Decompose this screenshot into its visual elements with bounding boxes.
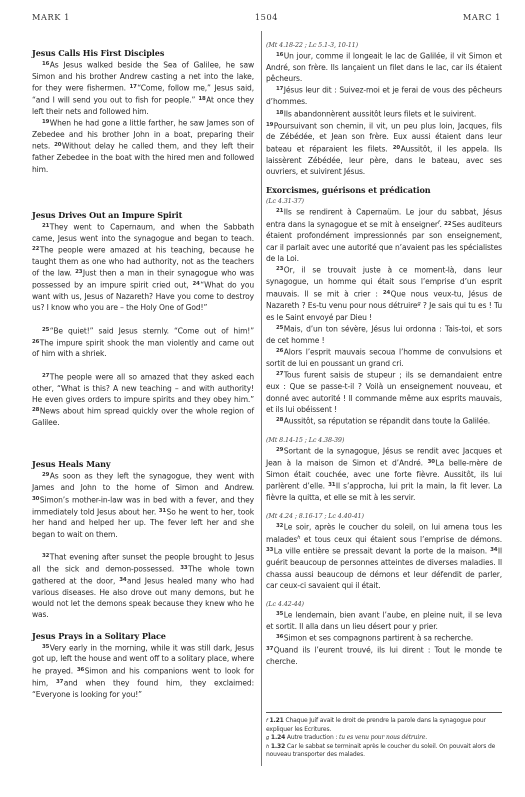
footnote-text: Autre traduction : xyxy=(287,734,339,741)
verse-paragraph: 36Simon et ses compagnons partirent à sa… xyxy=(266,632,502,644)
footnote-reference: 1.21 xyxy=(269,717,283,724)
verse-paragraph: 25“Be quiet!” said Jesus sternly. “Come … xyxy=(32,325,254,360)
verse-number: 36 xyxy=(276,634,283,640)
parallel-reference: (Mt 4.24 ; 8.16-17 ; Lc 4.40-41) xyxy=(266,511,502,521)
section: Jesus Prays in a Solitary Place35Very ea… xyxy=(32,630,254,700)
verse-number: 24 xyxy=(383,290,390,296)
parallel-reference: (Lc 4.42-44) xyxy=(266,599,502,609)
verse-number: 28 xyxy=(32,407,39,413)
verse-number: 32 xyxy=(276,523,283,529)
verse-paragraph: 32That evening after sunset the people b… xyxy=(32,551,254,621)
verse-text: The people were all so amazed that they … xyxy=(32,372,254,404)
verse-number: 19 xyxy=(42,119,49,125)
verse-paragraph: 16Un jour, comme il longeait le lac de G… xyxy=(266,50,502,84)
verse-number: 19 xyxy=(266,122,273,128)
verse-paragraph: 17Jésus leur dit : Suivez-moi et je fera… xyxy=(266,84,502,107)
verse-text: Alors l’esprit mauvais secoua l’homme de… xyxy=(266,348,502,368)
verse-text: Le lendemain, bien avant l’aube, en plei… xyxy=(266,611,502,631)
running-header: MARK 1 1504 MARC 1 xyxy=(32,12,501,26)
verse-text: The impure spirit shook the man violentl… xyxy=(32,338,254,358)
verse-text: Tous furent saisis de stupeur ; ils se d… xyxy=(266,371,502,414)
verse-number: 31 xyxy=(328,482,335,488)
verse-number: 27 xyxy=(42,373,49,379)
verse-text: They went to Capernaum, and when the Sab… xyxy=(32,223,254,243)
section: (Mt 4.24 ; 8.16-17 ; Lc 4.40-41)32Le soi… xyxy=(266,511,502,591)
footnote-rule xyxy=(266,712,502,713)
footnotes: f 1.21 Chaque Juif avait le droit de pre… xyxy=(266,717,504,760)
verse-number: 16 xyxy=(42,61,49,67)
verse-text: Mais, d’un ton sévère, Jésus lui ordonna… xyxy=(266,325,502,345)
verse-paragraph: 27Tous furent saisis de stupeur ; ils se… xyxy=(266,369,502,415)
footnote: h 1.32 Car le sabbat se terminait après … xyxy=(266,743,504,760)
verse-text: “Be quiet!” said Jesus sternly. “Come ou… xyxy=(50,326,254,335)
header-book-french: MARC 1 xyxy=(463,12,501,22)
footnote-reference: 1.32 xyxy=(271,743,285,750)
verse-paragraph: 35Le lendemain, bien avant l’aube, en pl… xyxy=(266,609,502,632)
verse-text: Un jour, comme il longeait le lac de Gal… xyxy=(266,52,502,84)
verse-text: et tous ceux qui étaient sous l’emprise … xyxy=(300,535,502,544)
french-column: (Mt 4.18-22 ; Lc 5.1-3, 10-11)16Un jour,… xyxy=(266,40,502,668)
verse-number: 23 xyxy=(276,266,283,272)
parallel-reference: (Lc 4.31-37) xyxy=(266,196,502,206)
section-heading: Jesus Calls His First Disciples xyxy=(32,47,254,59)
verse-text: As soon as they left the synagogue, they… xyxy=(32,472,254,492)
verse-number: 26 xyxy=(32,339,39,345)
footnote-italic-text: tu es venu pour nous détruire. xyxy=(339,734,427,741)
verse-number: 20 xyxy=(54,142,61,148)
section: (Mt 4.18-22 ; Lc 5.1-3, 10-11)16Un jour,… xyxy=(266,40,502,177)
verse-number: 32 xyxy=(42,553,49,559)
section-heading: Jesus Drives Out an Impure Spirit xyxy=(32,209,254,221)
footnote-mark: f xyxy=(266,718,268,724)
verse-number: 25 xyxy=(42,327,49,333)
verse-number: 25 xyxy=(276,325,283,331)
verse-number: 22 xyxy=(444,221,451,227)
verse-number: 34 xyxy=(490,547,497,553)
verse-number: 37 xyxy=(56,679,63,685)
footnote: g 1.24 Autre traduction : tu es venu pou… xyxy=(266,734,504,743)
verse-number: 30 xyxy=(32,496,39,502)
verse-number: 35 xyxy=(42,644,49,650)
verse-paragraph: 23Or, il se trouvait juste à ce moment-l… xyxy=(266,264,502,323)
verse-number: 33 xyxy=(180,565,187,571)
verse-paragraph: 37Quand ils l’eurent trouvé, ils lui dir… xyxy=(266,644,502,667)
verse-number: 33 xyxy=(266,547,273,553)
section: Jesus Calls His First Disciples16As Jesu… xyxy=(32,47,254,175)
verse-number: 36 xyxy=(77,667,84,673)
verse-paragraph: 29As soon as they left the synagogue, th… xyxy=(32,470,254,540)
section: (Mt 8.14-15 ; Lc 4.38-39)29Sortant de la… xyxy=(266,435,502,503)
verse-number: 16 xyxy=(276,52,283,58)
verse-number: 35 xyxy=(276,611,283,617)
verse-number: 18 xyxy=(276,110,283,116)
parallel-reference: (Mt 4.18-22 ; Lc 5.1-3, 10-11) xyxy=(266,40,502,50)
verse-text: Without delay he called them, and they l… xyxy=(32,142,254,174)
verse-number: 26 xyxy=(276,348,283,354)
verse-number: 21 xyxy=(42,223,49,229)
verse-text: Jésus leur dit : Suivez-moi et je ferai … xyxy=(266,86,502,106)
parallel-reference: (Mt 8.14-15 ; Lc 4.38-39) xyxy=(266,435,502,445)
verse-text: Aussitôt, sa réputation se répandit dans… xyxy=(284,417,490,426)
column-divider xyxy=(261,31,262,766)
verse-paragraph: 35Very early in the morning, while it wa… xyxy=(32,642,254,700)
footnote-reference: 1.24 xyxy=(271,734,285,741)
verse-paragraph: 21Ils se rendirent à Capernaüm. Le jour … xyxy=(266,206,502,264)
verse-paragraph: 27The people were all so amazed that the… xyxy=(32,371,254,429)
verse-number: 29 xyxy=(42,472,49,478)
footnote-mark: g xyxy=(266,735,269,741)
footnote-text: Chaque Juif avait le droit de prendre la… xyxy=(266,717,486,733)
verse-paragraph: 21They went to Capernaum, and when the S… xyxy=(32,221,254,314)
section: Jesus Heals Many29As soon as they left t… xyxy=(32,458,254,620)
verse-paragraph: 28Aussitôt, sa réputation se répandit da… xyxy=(266,415,502,427)
page-number: 1504 xyxy=(32,12,501,22)
section: Exorcismes, guérisons et prédication(Lc … xyxy=(266,184,502,427)
english-column: Jesus Calls His First Disciples16As Jesu… xyxy=(32,40,254,700)
verse-paragraph: 18Ils abandonnèrent aussitôt leurs filet… xyxy=(266,108,502,120)
verse-number: 20 xyxy=(393,145,400,151)
section-heading: Jesus Prays in a Solitary Place xyxy=(32,630,254,642)
verse-number: 34 xyxy=(119,577,126,583)
verse-text: Quand ils l’eurent trouvé, ils lui diren… xyxy=(266,646,502,666)
verse-number: 28 xyxy=(276,417,283,423)
section-heading: Exorcismes, guérisons et prédication xyxy=(266,184,502,196)
verse-number: 17 xyxy=(276,86,283,92)
verse-paragraph: 19When he had gone a little farther, he … xyxy=(32,117,254,175)
verse-number: 27 xyxy=(276,371,283,377)
footnote: f 1.21 Chaque Juif avait le droit de pre… xyxy=(266,717,504,734)
verse-text: La ville entière se pressait devant la p… xyxy=(274,547,490,556)
section-heading: Jesus Heals Many xyxy=(32,458,254,470)
verse-paragraph: 19Poursuivant son chemin, il vit, un peu… xyxy=(266,120,502,178)
verse-paragraph: 32Le soir, après le coucher du soleil, o… xyxy=(266,521,502,591)
verse-text: Simon et ses compagnons partirent à sa r… xyxy=(284,634,473,643)
verse-number: 21 xyxy=(276,208,283,214)
verse-number: 24 xyxy=(193,281,200,287)
verse-number: 17 xyxy=(129,84,136,90)
footnote-mark: h xyxy=(266,744,269,750)
verse-number: 29 xyxy=(276,447,283,453)
footnote-text: Car le sabbat se terminait après le couc… xyxy=(266,743,495,759)
verse-paragraph: 16As Jesus walked beside the Sea of Gali… xyxy=(32,59,254,117)
verse-text: and when they found him, they exclaimed:… xyxy=(32,678,254,698)
verse-number: 23 xyxy=(75,269,82,275)
verse-paragraph: 29Sortant de la synagogue, Jésus se rend… xyxy=(266,445,502,503)
verse-paragraph: 25Mais, d’un ton sévère, Jésus lui ordon… xyxy=(266,323,502,346)
verse-number: 30 xyxy=(428,459,435,465)
verse-number: 37 xyxy=(266,646,273,652)
verse-text: Ils abandonnèrent aussitôt leurs filets … xyxy=(284,109,476,118)
verse-number: 31 xyxy=(159,508,166,514)
verse-paragraph: 26Alors l’esprit mauvais secoua l’homme … xyxy=(266,346,502,369)
section: (Lc 4.42-44)35Le lendemain, bien avant l… xyxy=(266,599,502,667)
section: Jesus Drives Out an Impure Spirit21They … xyxy=(32,209,254,429)
verse-number: 22 xyxy=(32,246,39,252)
verse-number: 18 xyxy=(198,96,205,102)
verse-text: News about him spread quickly over the w… xyxy=(32,407,254,427)
